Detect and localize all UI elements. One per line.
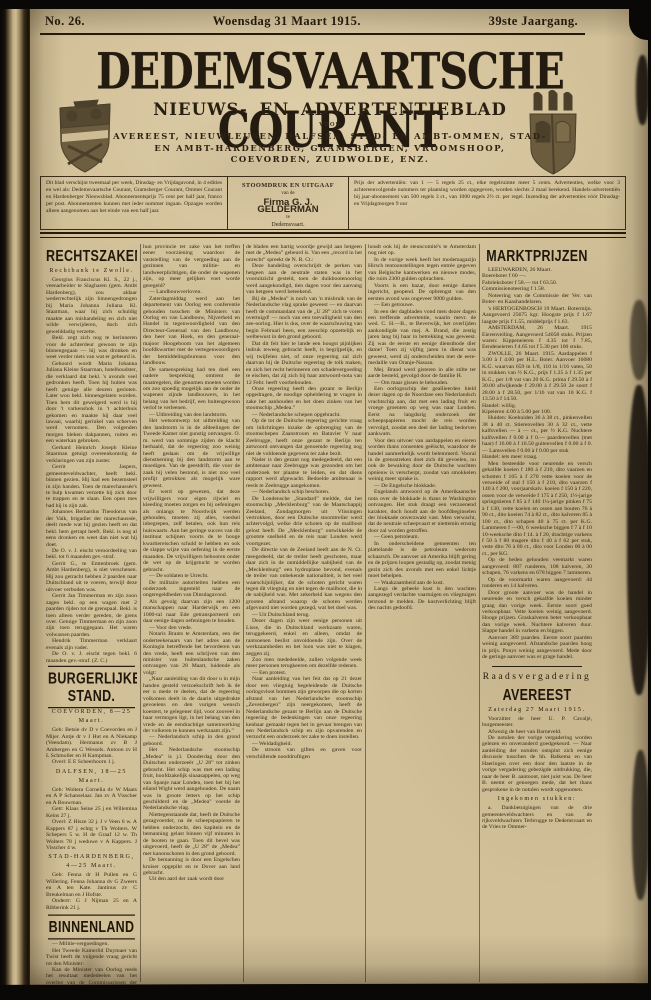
paragraph: Het Nederlandsche stoomschip „Medea” is … — [143, 747, 240, 812]
news-column-4: houdt ook bij de steuncomité's te Amster… — [368, 244, 476, 984]
section-heading: AVEREEST — [482, 686, 592, 704]
paragraph: 's HERTOGENBOSCH 19 Maart. Botermijn. Aa… — [482, 306, 592, 325]
paragraph: houdt ook bij de steuncomité's te Amster… — [368, 244, 476, 257]
paragraph: Overl: E E Scheerhoorn 1 j. — [46, 759, 137, 765]
printer-line: van de — [233, 190, 343, 197]
printer-line: STOOMDRUK EN UITGAAF — [233, 182, 343, 189]
paragraph: Het wetsontwerp tot uitbreiding van den … — [143, 418, 240, 489]
paragraph: De O. v. J. eischt tegen bekl. 6 maanden… — [46, 651, 137, 664]
paragraph: Gerrit G., te Emtenbroek (gem. Ambt Hard… — [46, 561, 137, 593]
subtitle-voor: VOOR — [30, 122, 630, 128]
scanned-newspaper-page: No. 26. Woensdag 31 Maart 1915. 39ste Ja… — [0, 0, 651, 1000]
book-spine — [0, 0, 34, 1000]
section-heading: BINNENLAND — [48, 915, 135, 940]
paragraph: Niettegenstaande dat, heeft de Duitsche … — [143, 812, 240, 857]
paragraph: Hendrik Timmerman verklaart evenals zijn… — [46, 638, 137, 651]
scan-edge-top — [0, 0, 651, 9]
section-heading: Raadsvergadering — [482, 671, 592, 683]
paragraph: Er werd op gewezen, dat deze vrijwillige… — [143, 489, 240, 573]
paragraph: Zoo men mededeelde, zullen volgende week… — [246, 657, 362, 670]
scan-shadow — [636, 55, 649, 125]
news-column-2: hun provincie ter zake van het treffen e… — [143, 244, 240, 984]
paragraph: Door groote aanvoer was de handel in neu… — [482, 590, 592, 635]
paragraph: Aanvoer 389 paarden. Eerste soort paarde… — [482, 635, 592, 661]
paragraph: Als gevolg daarvan zijn een 1200 manscha… — [143, 599, 240, 625]
paragraph: In de vorige week heeft het modemagazijn… — [368, 257, 476, 283]
colophon-strip: Dit blad verschijnt tweemaal per week, D… — [40, 176, 626, 230]
scan-shadow — [630, 300, 648, 380]
paragraph: a. Dankbetuigingen van de drie gemeentev… — [482, 805, 592, 831]
paragraph: Gerrit Jan Timmerman en zijn zoon zagen … — [46, 593, 137, 638]
paragraph: hun provincie ter zake van het treffen e… — [143, 244, 240, 289]
paragraph: Overl: Z Hisze 32 j. J v Veen 6 w. A Kap… — [46, 819, 137, 851]
issue-row: No. 26. Woensdag 31 Maart 1915. 39ste Ja… — [45, 14, 578, 29]
printer-place: Dedemsvaart. — [233, 222, 343, 229]
paragraph: Onze regeering heeft den gezant te Berli… — [246, 386, 362, 412]
paragraph: De Londensche „Standard” meldde, dat het… — [246, 496, 362, 548]
paragraph: De O. v. J. eischt veroordeeling van bek… — [46, 548, 137, 561]
paragraph: Deze handeling overschrijdt de perken va… — [246, 263, 362, 295]
paragraph: Nader is den gezant nog medegedeeld, dat… — [246, 457, 362, 489]
paragraph: Voorts is een bazar, door eenige dames i… — [368, 283, 476, 302]
section-heading: RECHTSZAKEN. — [46, 247, 137, 265]
paragraph: De bemanning is door een Engelschen krui… — [143, 857, 240, 876]
paragraph: de bladen een hartig woordje gewijd aan … — [246, 244, 362, 263]
paragraph: Een oorlogsschip der geallieerden hield … — [368, 386, 476, 438]
paragraph: Notaris Brants te Amsterdam, een der ond… — [143, 631, 240, 676]
coverage-line: AVEREEST, NIEUWLEUSEN, DALFSEN, STAD- EN… — [100, 131, 560, 143]
paragraph: Huiden: Koehuiden 36 à 38 ct., pinkenvel… — [482, 415, 592, 454]
column-divider — [140, 244, 141, 982]
issue-date: Woensdag 31 Maart 1915. — [213, 14, 361, 29]
paragraph: Dat dit feit hier te lande een hoogst pi… — [246, 341, 362, 386]
paragraph: Voorzitter de heer U. P. Cavaljé, burgem… — [482, 716, 592, 729]
subscription-info: Dit blad verschijnt tweemaal per week, D… — [40, 177, 228, 229]
paragraph: Getr: Klaas Seine 25 j en Willemina Kein… — [46, 806, 137, 819]
section-heading: MARKTPRIJZEN — [482, 247, 592, 265]
column-divider — [479, 244, 480, 982]
paragraph: In onderscheidene gemeenten ten plattela… — [368, 541, 476, 580]
paragraph: ZWOLLE, 26 Maart. 1915. Aardappelen f 3.… — [482, 351, 592, 403]
paragraph: Georgius Franciscus Kl. S., 22 j., veena… — [46, 277, 137, 335]
scan-shadow — [632, 750, 649, 900]
paragraph: Gerrit Jaspers, gemeenteveldwachter, hee… — [46, 464, 137, 509]
section-heading: BURGERLIJKE STAND. — [48, 666, 135, 709]
paragraph: Dezer dagen zijn weer eenige personen ui… — [246, 618, 362, 657]
paragraph: Uit den aard der zaak wordt door — [143, 876, 240, 882]
paragraph: Gehoord wordt Maria Johanna Juliana Klei… — [46, 361, 137, 445]
section-heading: Rechtbank te Zwolle. — [46, 267, 137, 276]
paragraph: Engelands antwoord op de Amerikaansche n… — [368, 489, 476, 534]
section-heading: STAD-HARDENBERG, 4—25 Maart. — [46, 853, 137, 871]
paragraph: Geb: Woltera Cornelia dv W Maats en A P … — [46, 787, 137, 806]
paragraph: Voor den uitvoer van aardappelen en eier… — [368, 438, 476, 483]
paragraph: Geb: Betsie dv D v Coevorden en J Mijer.… — [46, 727, 137, 759]
newspaper-sheet: No. 26. Woensdag 31 Maart 1915. 39ste Ja… — [30, 8, 648, 986]
advertising-rates: Prijs der advertentiën: van 1 — 5 regels… — [349, 177, 626, 229]
printer-line: te — [233, 214, 343, 221]
paragraph: Langs de geheele kust is den wachten aan… — [368, 586, 476, 612]
paragraph: Zaterdagmiddag werd aan het departement … — [143, 296, 240, 367]
coverage-line: COEVORDEN, ZUIDWOLDE, ENZ. — [100, 154, 560, 166]
masthead-rule — [40, 33, 585, 35]
section-heading: DALFSEN, 18—25 Maart. — [46, 768, 137, 786]
paragraph: De notulen der vorige vergadering worden… — [482, 735, 592, 793]
section-heading: Zaterdag 27 Maart 1915. — [482, 706, 592, 715]
issue-volume: 39ste Jaargang. — [489, 14, 578, 29]
paragraph: Noteering van de Commissie der Ver. van … — [482, 293, 592, 306]
section-heading: Ingekomen stukken: — [482, 795, 592, 804]
paragraph: De militaire autoriteiten hebben een ond… — [143, 580, 240, 599]
section-heading: COEVORDEN, 8—25 Maart. — [46, 708, 137, 726]
paragraph: Op de voormarkt waren aangevoerd: 44 run… — [482, 577, 592, 590]
column-divider — [243, 244, 244, 982]
printer-info: STOOMDRUK EN UITGAAF van de Firma G. J. … — [228, 177, 349, 229]
paragraph: Op de heden gehouden veemarkt waren aang… — [482, 557, 592, 576]
paragraph: — Nederlandsch schip in den grond geboor… — [143, 734, 240, 747]
paragraph: Naar aanleiding van het feit dat op 21 d… — [246, 676, 362, 741]
paragraph: De samenspreking had ten doel een nadere… — [143, 367, 240, 412]
paragraph: De directie van de Zeeland heeft aan de … — [246, 547, 362, 612]
paragraph: Ondertr: G J Nijman 25 en A Ribberink 21… — [46, 898, 137, 911]
publisher-name: Firma G. J. GELDERMAN — [233, 199, 343, 213]
paragraph: Geb: Fenna dr H Pullen en G Willering. F… — [46, 872, 137, 898]
coverage-line: EN AMBT-HARDENBERG, GRAMSBERGEN, VROOMSH… — [100, 143, 560, 155]
coverage-area: AVEREEST, NIEUWLEUSEN, DALFSEN, STAD- EN… — [100, 131, 560, 166]
paragraph: Bij de „Medea” is noch van 'n misbruik v… — [246, 296, 362, 341]
paragraph: AMSTERDAM, 26 Maart. 1915 Eierenveiling.… — [482, 325, 592, 351]
paragraph: Mej. Brand werd gisteren in alle stilte … — [368, 367, 476, 380]
paragraph: Op de tot de Duitsche regeering gerichte… — [246, 418, 362, 457]
paragraph: Bekl. zegt zich nog te herinneren voor d… — [46, 335, 137, 361]
body-columns: RECHTSZAKEN.Rechtbank te Zwolle.Georgius… — [30, 240, 630, 986]
column-divider — [365, 244, 366, 982]
divider-rule — [492, 666, 582, 667]
newspaper-subtitle: NIEUWS- EN ADVERTENTIEBLAD — [30, 100, 630, 119]
news-column-1: RECHTSZAKEN.Rechtbank te Zwolle.Georgius… — [46, 244, 137, 984]
paragraph: „Naar aanleiding van dit door u in mijn … — [143, 676, 240, 734]
paragraph: In een der dagbladen vond men dezer dage… — [368, 309, 476, 367]
news-column-3: de bladen een hartig woordje gewijd aan … — [246, 244, 362, 984]
paragraph: De stroom van giften en gaven voor versc… — [246, 747, 362, 760]
double-rule — [40, 232, 626, 238]
news-column-5: MARKTPRIJZENLEEUWARDEN, 26 Maart.Boerebo… — [482, 244, 592, 984]
paragraph: Gerhard Heinrich Joseph Kleine Staarman … — [46, 445, 137, 464]
paragraph: Johannes Bernardus Theodorus van der Val… — [46, 509, 137, 548]
scan-shadow — [627, 385, 651, 695]
scan-edge-bottom — [0, 983, 651, 1000]
paragraph: Men besteedde voor neurende en versch ge… — [482, 461, 592, 558]
issue-number: No. 26. — [45, 14, 85, 29]
